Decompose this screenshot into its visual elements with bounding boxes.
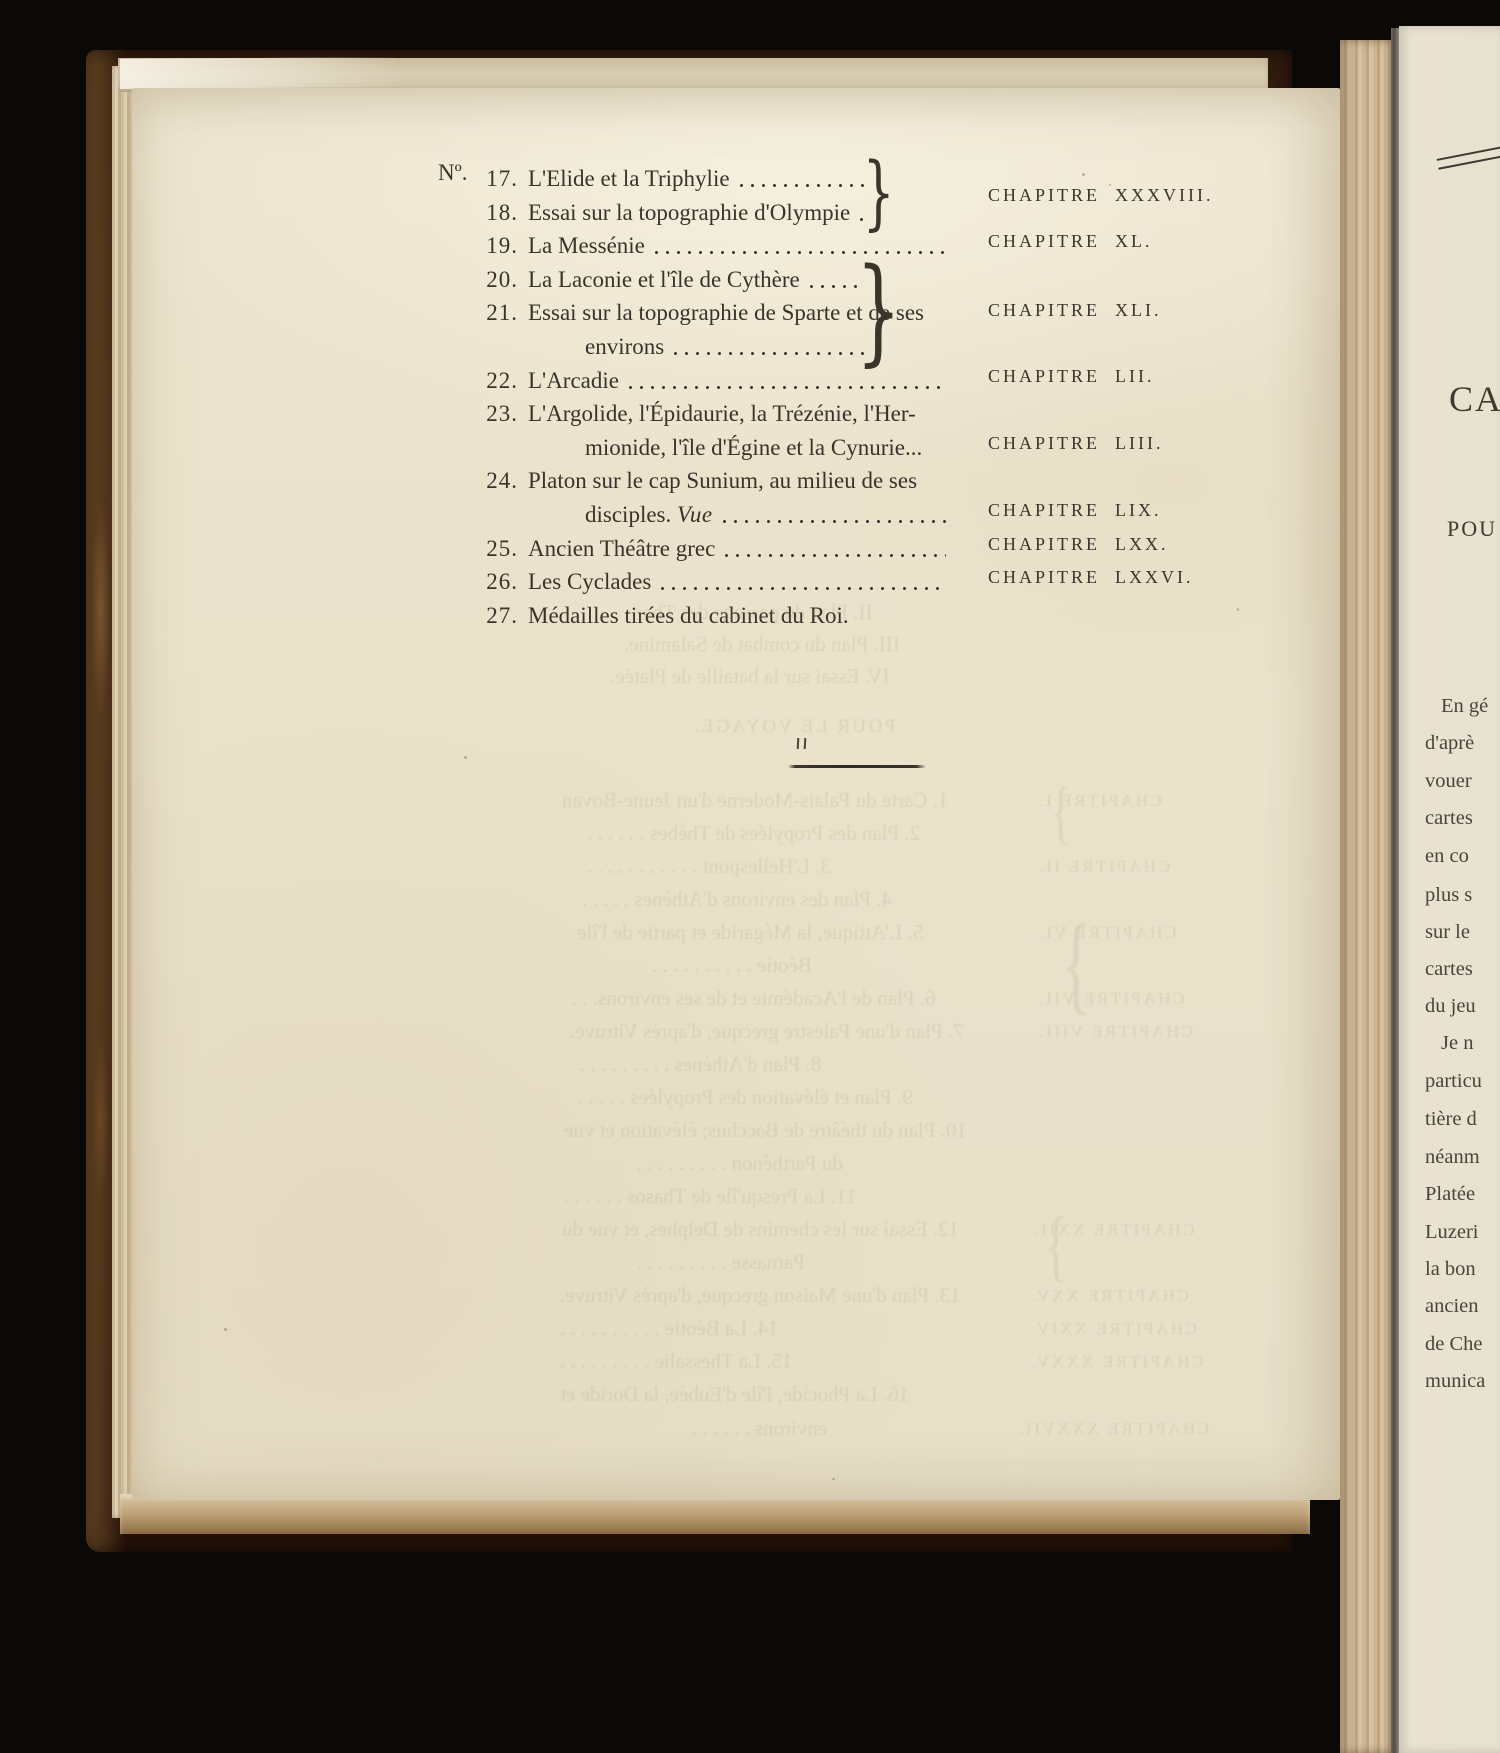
chapter-label: CHAPITRE LIII. <box>988 433 1163 454</box>
facing-page-line: cartes <box>1425 958 1473 981</box>
showthrough-line: CHAPITRE II. <box>1037 857 1170 877</box>
showthrough-line: POUR LE VOYAGE. <box>692 716 895 738</box>
plate-row: 24.Platon sur le cap Sunium, au milieu d… <box>432 460 952 494</box>
plate-row: 17.L'Elide et la Triphylie <box>432 158 870 192</box>
plate-row: environs <box>432 326 870 360</box>
row-title: La Laconie et l'île de Cythère <box>528 267 800 293</box>
showthrough-line: Parnasse . . . . . . . . . <box>637 1250 805 1275</box>
dot-leader <box>655 251 946 254</box>
facing-page-line: la bon <box>1425 1258 1476 1281</box>
showthrough-line: 5. L'Attique, la Mégaride et partie de l… <box>577 920 923 945</box>
showthrough-line: 11. La Presqu'île de Thasos . . . . . . <box>564 1184 857 1209</box>
row-title: Essai sur la topographie d'Olympie <box>528 200 850 226</box>
plate-row: 25.Ancien Théâtre grec <box>432 528 952 562</box>
row-title: La Messénie <box>528 233 645 259</box>
showthrough-line: 16. La Phocide, l'île d'Eubée, la Doride… <box>560 1382 909 1407</box>
cover-wear-mark <box>88 470 114 750</box>
row-number: 27. <box>432 603 518 629</box>
showthrough-line: du Parthénon . . . . . . . . . <box>637 1151 843 1176</box>
facing-page-heading-fragment: CAR <box>1449 378 1500 420</box>
plate-row: 18.Essai sur la topographie d'Olympie <box>432 192 870 226</box>
showthrough-line: 12. Essai sur les chemins de Delphes, et… <box>562 1217 959 1242</box>
row-title: L'Elide et la Triphylie <box>528 166 730 192</box>
facing-page-line: plus s <box>1425 884 1472 907</box>
row-title: environs <box>585 334 664 360</box>
showthrough-line: II. Plan du passage des Ther. <box>632 600 872 625</box>
chapter-label: CHAPITRE XLI. <box>988 300 1162 321</box>
facing-page-line: sur le <box>1425 921 1470 944</box>
brace: } <box>864 255 894 368</box>
paper-speck <box>832 1478 835 1480</box>
dot-leader <box>674 352 864 355</box>
row-number: 20. <box>432 267 518 293</box>
showthrough-line: 2. Plan des Propylées de Thèbes . . . . … <box>587 821 920 846</box>
plate-row: disciples. Vue <box>432 494 952 528</box>
facing-page-line: d'aprè <box>1425 732 1474 755</box>
showthrough-line: 7. Plan d'une Palestre grecque, d'après … <box>570 1019 964 1044</box>
facing-page-line: du jeu <box>1425 995 1476 1018</box>
showthrough-line: 8. Plan d'Athènes . . . . . . . . . <box>580 1052 821 1077</box>
row-title: disciples. Vue <box>585 502 713 528</box>
paper-speck <box>1109 184 1111 186</box>
showthrough-line: 10. Plan du théâtre de Bacchus; élévatio… <box>564 1118 967 1143</box>
showthrough-line: 1. Carte du Palais-Moderne d'un Jeune-Bo… <box>562 788 948 813</box>
row-title: Platon sur le cap Sunium, au milieu de s… <box>528 468 917 494</box>
row-number: 19. <box>432 233 518 259</box>
showthrough-line: Béotie . . . . . . . . . . <box>652 953 812 978</box>
dot-leader <box>725 554 946 557</box>
row-number: 21. <box>432 300 518 326</box>
divider-ticks <box>797 738 817 750</box>
paper-speck <box>464 756 467 759</box>
row-number: 17. <box>432 166 518 192</box>
chapter-label: CHAPITRE XXXVIII. <box>988 185 1213 206</box>
row-title: L'Argolide, l'Épidaurie, la Trézénie, l'… <box>528 401 916 427</box>
paper-speck <box>1082 173 1085 176</box>
paper-speck <box>224 1328 227 1331</box>
facing-page-line: Platée <box>1425 1183 1475 1206</box>
double-rule <box>1437 145 1500 170</box>
main-page: Nº. 17.L'Elide et la Triphylie18.Essai s… <box>132 88 1340 1500</box>
facing-page-line: En gé <box>1441 695 1488 718</box>
facing-page-line: tière d <box>1425 1108 1477 1131</box>
facing-page-line: munica <box>1425 1370 1485 1393</box>
showthrough-line: environs . . . . . . <box>692 1416 827 1441</box>
section-divider <box>788 765 926 768</box>
chapter-label: CHAPITRE LXX. <box>988 534 1169 555</box>
facing-page-line: vouer <box>1425 770 1472 793</box>
showthrough-brace: } <box>1044 778 1078 848</box>
book-scan-scene: Nº. 17.L'Elide et la Triphylie18.Essai s… <box>0 0 1500 1753</box>
facing-page-line: néanm <box>1425 1146 1480 1169</box>
facing-page-line: particu <box>1425 1070 1482 1093</box>
row-number: 26. <box>432 569 518 595</box>
facing-page-line: Luzeri <box>1425 1221 1479 1244</box>
showthrough-line: III. Plan du combat de Salamine. <box>624 632 900 657</box>
facing-page-line: de Che <box>1425 1333 1483 1356</box>
cover-wear-mark <box>90 1010 112 1230</box>
plates-list: Nº. 17.L'Elide et la Triphylie18.Essai s… <box>432 158 1212 658</box>
worn-corner-highlight <box>120 57 400 89</box>
brace: } <box>864 154 894 233</box>
showthrough-line: CHAPITRE VIII. <box>1037 1022 1193 1042</box>
chapter-label: CHAPITRE LIX. <box>988 500 1162 521</box>
showthrough-line: 15. La Thessalie . . . . . . . . . <box>560 1349 792 1374</box>
gutter-crease <box>1391 28 1399 1753</box>
facing-page-sliver: CAR POU En géd'aprèvouercartesen coplus … <box>1399 26 1500 1753</box>
plate-row: 23.L'Argolide, l'Épidaurie, la Trézénie,… <box>432 393 952 427</box>
showthrough-line: 6. Plan de l'Académie et de ses environs… <box>572 986 936 1011</box>
row-number: 22. <box>432 368 518 394</box>
plate-row: mionide, l'île d'Égine et la Cynurie... <box>432 427 952 461</box>
showthrough-line: 3. L'Hellespont . . . . . . . . . . . <box>587 854 831 879</box>
row-number: 25. <box>432 536 518 562</box>
showthrough-line: 13. Plan d'une Maison grecque, d'après V… <box>560 1283 961 1308</box>
facing-page-line: cartes <box>1425 807 1473 830</box>
row-number: 23. <box>432 401 518 427</box>
row-title: mionide, l'île d'Égine et la Cynurie... <box>585 435 922 461</box>
showthrough-line: 14. La Béotie . . . . . . . . . . <box>560 1316 779 1341</box>
chapter-label: CHAPITRE LXXVI. <box>988 567 1194 588</box>
plate-row: 26.Les Cyclades <box>432 561 952 595</box>
facing-page-line: Je n <box>1441 1032 1473 1055</box>
showthrough-line: 4. Plan des environs d'Athènes . . . . . <box>582 887 892 912</box>
showthrough-brace: } <box>1050 908 1103 1018</box>
dot-leader <box>723 520 946 523</box>
paper-speck <box>1237 608 1239 611</box>
showthrough-line: 9. Plan et élévation des Propylées . . .… <box>578 1085 913 1110</box>
chapter-label: CHAPITRE XL. <box>988 231 1153 252</box>
page-edges-bottom <box>120 1494 1310 1534</box>
dot-leader <box>661 587 946 590</box>
showthrough-brace: } <box>1037 1206 1075 1286</box>
showthrough-line: CHAPITRE XXIV. <box>1030 1319 1197 1339</box>
row-title: Les Cyclades <box>528 569 651 595</box>
facing-page-line: ancien <box>1425 1295 1479 1318</box>
row-title: L'Arcadie <box>528 368 619 394</box>
dot-leader <box>629 386 946 389</box>
facing-page-line: en co <box>1425 845 1469 868</box>
row-number: 18. <box>432 200 518 226</box>
plate-row: 20.La Laconie et l'île de Cythère <box>432 259 870 293</box>
chapter-label: CHAPITRE LII. <box>988 366 1155 387</box>
showthrough-line: CHAPITRE XXXVII. <box>1017 1419 1209 1439</box>
facing-page-subheading-fragment: POU <box>1447 516 1497 542</box>
fore-edge-gutter <box>1340 40 1396 1753</box>
showthrough-line: CHAPITRE XXXV. <box>1030 1352 1204 1372</box>
showthrough-line: IV. Essai sur la bataille de Platée. <box>610 664 890 689</box>
dot-leader <box>740 184 864 187</box>
row-number: 24. <box>432 468 518 494</box>
row-title: Ancien Théâtre grec <box>528 536 715 562</box>
